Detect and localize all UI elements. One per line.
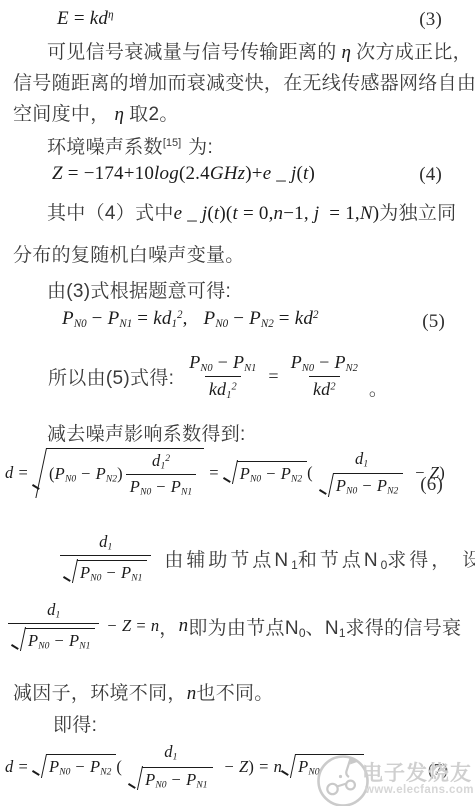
equation-distance: d= (PN0−PN2) d12 PN0−PN1 = PN0−PN2 ( d1 …	[0, 448, 475, 498]
paragraph-attenuation-line2: 信号随距离的增加而衰减变快，在无线传感器网络自由	[13, 68, 475, 95]
equation-number-6: (6)	[420, 474, 443, 496]
noise-coefficient-header: 环境噪声系数[15]为:	[47, 132, 213, 159]
derive-intro: 由(3)式根据题意可得:	[47, 276, 231, 303]
ratio-math: PN0−PN1 kd12 = PN0−PN2 kd2	[182, 352, 365, 401]
n-environment-paragraph: 减因子，环境不同，n也不同。	[13, 678, 274, 705]
n-symbol: n	[179, 615, 189, 637]
equation-attenuation: E=kdη (3)	[0, 8, 475, 30]
n-definition-paragraph: d1 PN0−PN1 −Z=n ， n 即为由节点N0、N1求得的信号衰	[5, 600, 461, 652]
equation-noise: Z=−174+10log(2.4GHz)+e _ j(t) (4)	[0, 163, 475, 185]
paragraph-attenuation-line1: 可见信号衰减量与信号传输距离的η次方成正比，	[47, 37, 472, 64]
derivation-ratio: 所以由(5)式得: PN0−PN1 kd12 = PN0−PN2 kd2 。	[48, 352, 388, 401]
watermark-site-text: www.elecfans.com	[365, 784, 474, 796]
citation-15: [15]	[163, 137, 181, 149]
aux-node-paragraph: d1 PN0−PN1 由辅助节点N1和节点N0求得，设	[57, 532, 475, 584]
equation-power-diff: PN0−PN1=kd12,PN0−PN2=kd2 (5)	[0, 308, 475, 330]
paragraph-noise-variable-line1: 其中（4）式中e _ j(t)(t=0,n−1,j=1,N)为独立同	[47, 198, 456, 225]
eta-symbol: η	[115, 104, 125, 125]
eta-symbol: η	[342, 42, 352, 63]
equation-number-5: (5)	[422, 311, 445, 333]
n-symbol: n	[187, 683, 197, 704]
paragraph-attenuation-line3: 空间度中，η取2。	[13, 99, 179, 126]
subtract-noise-intro: 减去噪声影响系数得到:	[47, 419, 246, 446]
equation-number-4: (4)	[419, 164, 442, 186]
article-page: E=kdη (3) 可见信号衰减量与信号传输距离的η次方成正比， 信号随距离的增…	[0, 0, 475, 806]
paragraph-noise-variable-line2: 分布的复随机白噪声变量。	[13, 240, 245, 267]
watermark-brand-text: 电子发烧友	[362, 757, 472, 787]
equation-number-3: (3)	[419, 9, 442, 31]
inline-math-ejt: e _ j(t)(t=0,n−1,j=1,N)	[174, 203, 380, 224]
thus-intro: 即得:	[53, 710, 97, 737]
n-definition-math: d1 PN0−PN1 −Z=n	[5, 600, 159, 652]
d1-ratio-math: d1 PN0−PN1	[57, 532, 154, 584]
